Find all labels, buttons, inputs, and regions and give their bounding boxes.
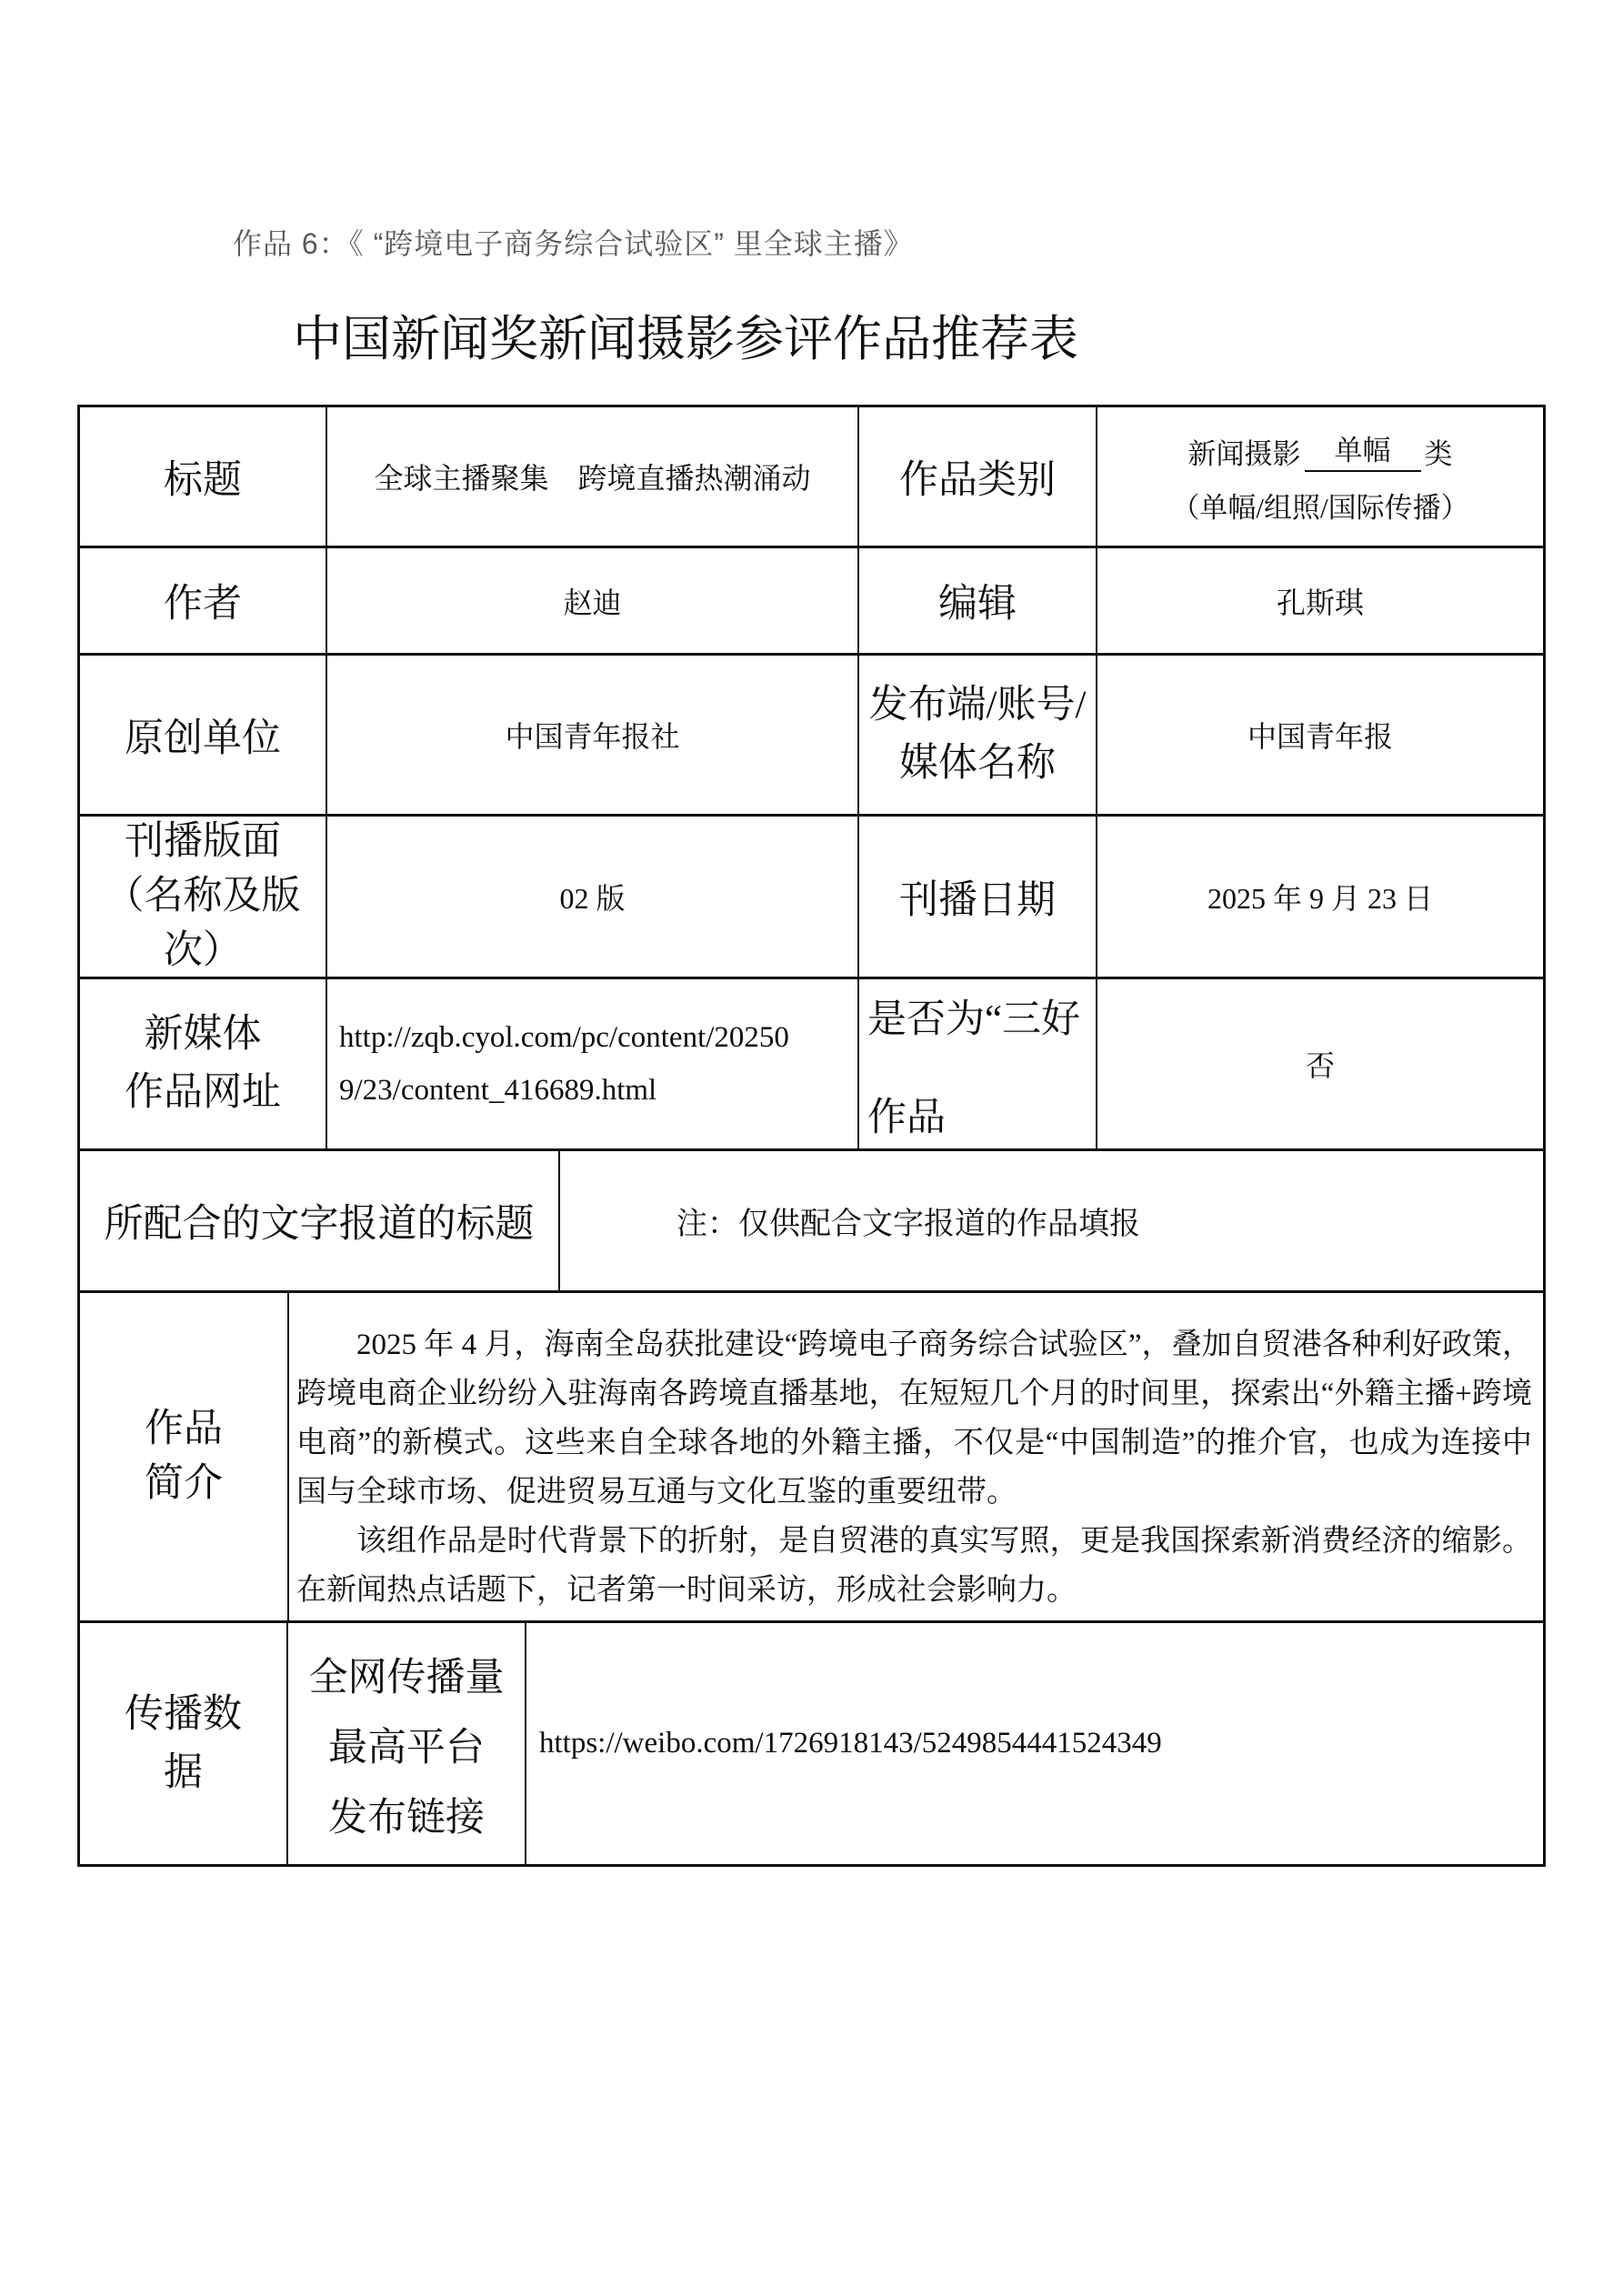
recommendation-table: 标题 全球主播聚集 跨境直播热潮涌动 作品类别 新闻摄影单幅类 （单幅/组照/国… (77, 405, 1546, 1867)
category-prefix: 新闻摄影 (1188, 431, 1301, 472)
spread-data-label: 传播数 据 (80, 1623, 286, 1864)
editor-label: 编辑 (857, 548, 1096, 653)
platform-label: 发布端/账号/ 媒体名称 (857, 656, 1096, 814)
summary-value: 2025 年 4 月，海南全岛获批建设“跨境电子商务综合试验区”，叠加自贸港各种… (287, 1293, 1543, 1620)
original-unit-value: 中国青年报社 (326, 656, 857, 814)
summary-label: 作品 简介 (80, 1293, 287, 1620)
original-unit-label: 原创单位 (80, 656, 326, 814)
publication-date-label: 刊播日期 (857, 817, 1096, 977)
row-summary: 作品 简介 2025 年 4 月，海南全岛获批建设“跨境电子商务综合试验区”，叠… (80, 1290, 1543, 1620)
sanhao-value: 否 (1096, 979, 1543, 1148)
category-selected: 单幅 (1305, 427, 1421, 472)
summary-paragraph-1: 2025 年 4 月，海南全岛获批建设“跨境电子商务综合试验区”，叠加自贸港各种… (296, 1320, 1532, 1517)
author-value: 赵迪 (326, 548, 857, 653)
new-media-url-value: http://zqb.cyol.com/pc/content/20250 9/2… (326, 979, 857, 1148)
new-media-url-label: 新媒体 作品网址 (80, 979, 326, 1148)
category-label: 作品类别 (857, 407, 1096, 546)
summary-paragraph-2: 该组作品是时代背景下的折射，是自贸港的真实写照，更是我国探索新消费经济的缩影。在… (296, 1517, 1532, 1615)
editor-value: 孔斯琪 (1096, 548, 1543, 653)
category-class-line: 新闻摄影单幅类 (1188, 427, 1453, 472)
category-value: 新闻摄影单幅类 （单幅/组照/国际传播） (1096, 407, 1543, 546)
title-value: 全球主播聚集 跨境直播热潮涌动 (326, 407, 857, 546)
spread-sublabel-total: 全网传播量 (309, 1647, 505, 1702)
category-options: （单幅/组照/国际传播） (1171, 485, 1468, 526)
row-title-category: 标题 全球主播聚集 跨境直播热潮涌动 作品类别 新闻摄影单幅类 （单幅/组照/国… (80, 407, 1543, 546)
category-suffix: 类 (1425, 431, 1453, 472)
sanhao-label: 是否为“三好 作品 (857, 979, 1096, 1148)
spread-sublabel-platform: 最高平台 (328, 1717, 485, 1772)
row-url-sanhao: 新媒体 作品网址 http://zqb.cyol.com/pc/content/… (80, 977, 1543, 1148)
publication-page-label: 刊播版面 （名称及版 次） (80, 817, 326, 977)
platform-value: 中国青年报 (1096, 656, 1543, 814)
title-label: 标题 (80, 407, 326, 546)
row-author-editor: 作者 赵迪 编辑 孔斯琪 (80, 546, 1543, 653)
spread-sublabel-link: 发布链接 (328, 1787, 485, 1842)
author-label: 作者 (80, 548, 326, 653)
row-unit-platform: 原创单位 中国青年报社 发布端/账号/ 媒体名称 中国青年报 (80, 653, 1543, 814)
work-number-heading: 作品 6：《 “跨境电子商务综合试验区” 里全球主播》 (233, 221, 914, 263)
row-spread-data: 传播数 据 全网传播量 最高平台 发布链接 https://weibo.com/… (80, 1620, 1543, 1864)
text-report-title-note: 注：仅供配合文字报道的作品填报 (558, 1151, 1543, 1290)
row-text-report-title: 所配合的文字报道的标题 注：仅供配合文字报道的作品填报 (80, 1148, 1543, 1290)
text-report-title-label: 所配合的文字报道的标题 (80, 1151, 558, 1290)
publication-page-value: 02 版 (326, 817, 857, 977)
publication-date-value: 2025 年 9 月 23 日 (1096, 817, 1543, 977)
form-title: 中国新闻奖新闻摄影参评作品推荐表 (293, 300, 1078, 370)
spread-link-value: https://weibo.com/1726918143/52498544415… (525, 1623, 1543, 1864)
spread-sublabels: 全网传播量 最高平台 发布链接 (286, 1623, 525, 1864)
row-page-date: 刊播版面 （名称及版 次） 02 版 刊播日期 2025 年 9 月 23 日 (80, 814, 1543, 977)
